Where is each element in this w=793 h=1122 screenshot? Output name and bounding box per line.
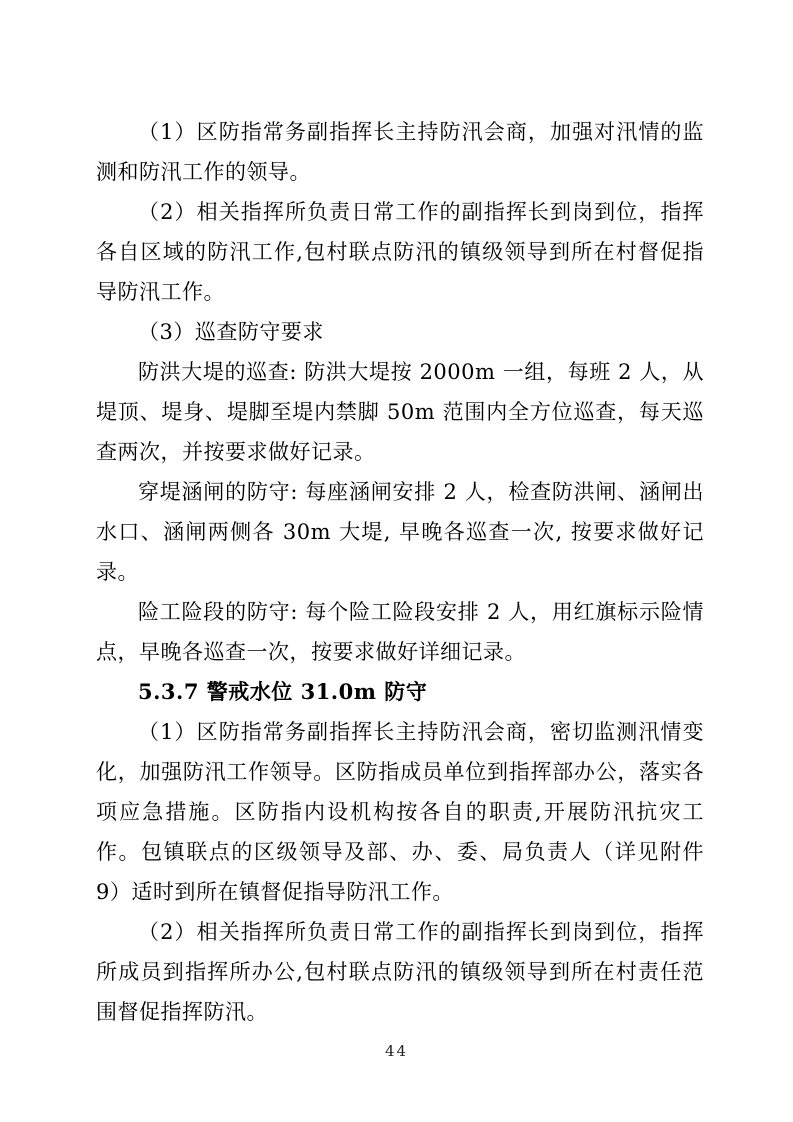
paragraph-4: 防洪大堤的巡查: 防洪大堤按 2000m 一组，每班 2 人，从堤顶、堤身、堤脚… — [96, 352, 704, 472]
document-page: （1）区防指常务副指挥长主持防汛会商，加强对汛情的监测和防汛工作的领导。 （2）… — [0, 0, 793, 1122]
paragraph-1: （1）区防指常务副指挥长主持防汛会商，加强对汛情的监测和防汛工作的领导。 — [96, 112, 704, 192]
paragraph-3: （3）巡查防守要求 — [96, 312, 704, 352]
paragraph-7: （1）区防指常务副指挥长主持防汛会商，密切监测汛情变化，加强防汛工作领导。区防指… — [96, 712, 704, 912]
paragraph-6: 险工险段的防守: 每个险工险段安排 2 人，用红旗标示险情点，早晚各巡查一次，按… — [96, 592, 704, 672]
section-heading-5-3-7: 5.3.7 警戒水位 31.0m 防守 — [96, 672, 704, 712]
page-number: 44 — [0, 1042, 793, 1060]
paragraph-5: 穿堤涵闸的防守: 每座涵闸安排 2 人，检查防洪闸、涵闸出水口、涵闸两侧各 30… — [96, 472, 704, 592]
paragraph-2: （2）相关指挥所负责日常工作的副指挥长到岗到位，指挥各自区域的防汛工作,包村联点… — [96, 192, 704, 312]
document-body: （1）区防指常务副指挥长主持防汛会商，加强对汛情的监测和防汛工作的领导。 （2）… — [96, 112, 704, 1032]
paragraph-8: （2）相关指挥所负责日常工作的副指挥长到岗到位，指挥所成员到指挥所办公,包村联点… — [96, 912, 704, 1032]
